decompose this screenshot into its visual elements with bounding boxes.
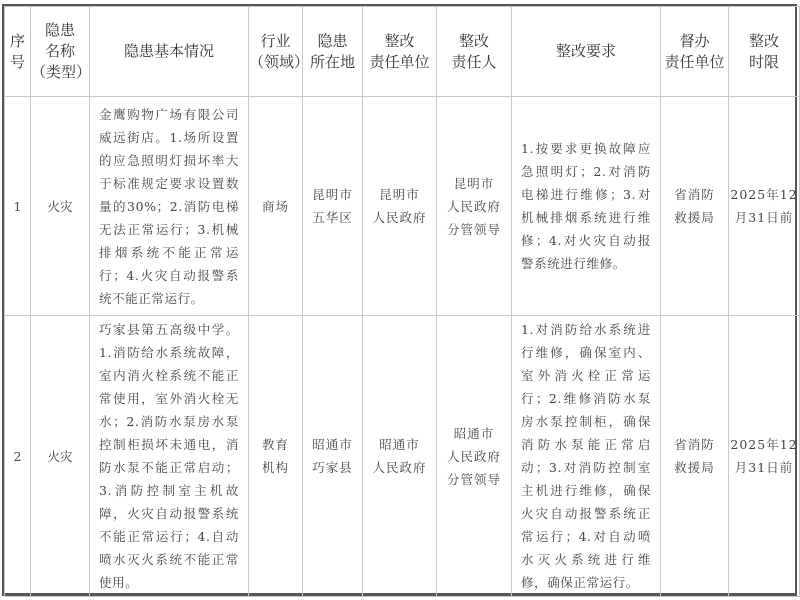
header-industry: 行业 （领域） (249, 7, 303, 97)
cell-description: 巧家县第五高级中学。1.消防给水系统故障，室内消火栓系统不能正常使用，室外消火栓… (90, 316, 249, 597)
cell-requirements: 1.按要求更换故障应急照明灯；2.对消防电梯进行维修；3.对机械排烟系统进行维修… (512, 97, 661, 316)
cell-description: 金鹰购物广场有限公司威远街店。1.场所设置的应急照明灯损坏率大于标准规定要求设置… (90, 97, 249, 316)
header-hazard-name: 隐患 名称 （类型） (31, 7, 90, 97)
cell-responsible-person: 昭通市 人民政府 分管领导 (437, 316, 512, 597)
header-row: 序 号 隐患 名称 （类型） 隐患基本情况 行业 （领域） 隐患 所在地 整改 … (5, 7, 800, 97)
header-location: 隐患 所在地 (303, 7, 363, 97)
header-responsible-unit: 整改 责任单位 (363, 7, 437, 97)
cell-supervising-unit: 省消防 救援局 (661, 97, 729, 316)
cell-index: 2 (5, 316, 31, 597)
cell-deadline: 2025年12 月31日前 (729, 97, 800, 316)
header-hazard-description: 隐患基本情况 (90, 7, 249, 97)
header-requirements: 整改要求 (512, 7, 661, 97)
cell-responsible-unit: 昭通市 人民政府 (363, 316, 437, 597)
cell-location: 昆明市 五华区 (303, 97, 363, 316)
cell-responsible-unit: 昆明市 人民政府 (363, 97, 437, 316)
hazard-table-container: 序 号 隐患 名称 （类型） 隐患基本情况 行业 （领域） 隐患 所在地 整改 … (2, 4, 797, 596)
cell-type: 火灾 (31, 316, 90, 597)
table-row: 2 火灾 巧家县第五高级中学。1.消防给水系统故障，室内消火栓系统不能正常使用，… (5, 316, 800, 597)
cell-location: 昭通市 巧家县 (303, 316, 363, 597)
cell-index: 1 (5, 97, 31, 316)
cell-type: 火灾 (31, 97, 90, 316)
header-deadline: 整改 时限 (729, 7, 800, 97)
cell-supervising-unit: 省消防 救援局 (661, 316, 729, 597)
cell-industry: 教育 机构 (249, 316, 303, 597)
cell-requirements: 1.对消防给水系统进行维修，确保室内、室外消火栓正常运行；2.维修消防水泵房水泵… (512, 316, 661, 597)
table-row: 1 火灾 金鹰购物广场有限公司威远街店。1.场所设置的应急照明灯损坏率大于标准规… (5, 97, 800, 316)
cell-responsible-person: 昆明市 人民政府 分管领导 (437, 97, 512, 316)
hazard-rectification-table: 序 号 隐患 名称 （类型） 隐患基本情况 行业 （领域） 隐患 所在地 整改 … (4, 6, 800, 597)
cell-deadline: 2025年12 月31日前 (729, 316, 800, 597)
header-responsible-person: 整改 责任人 (437, 7, 512, 97)
header-supervising-unit: 督办 责任单位 (661, 7, 729, 97)
cell-industry: 商场 (249, 97, 303, 316)
header-index: 序 号 (5, 7, 31, 97)
